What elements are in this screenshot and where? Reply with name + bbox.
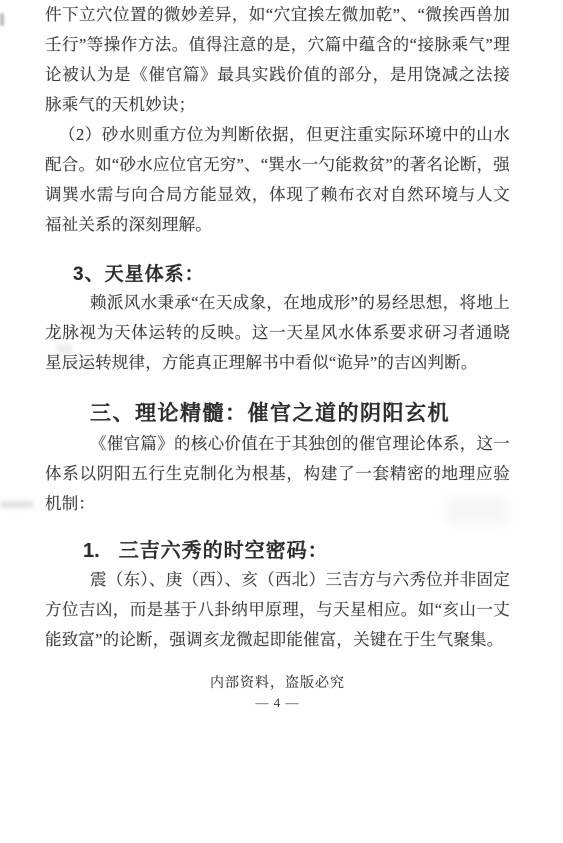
- paragraph-cuiguan-core-value: 《催官篇》的核心价值在于其独创的催官理论体系，这一体系以阴阳五行生克制化为根基，…: [45, 429, 510, 519]
- footer-page-number: — 4 —: [45, 694, 510, 712]
- paragraph-laipai-fengshui: 赖派风水秉承“在天成象，在地成形”的易经思想，将地上龙脉视为天体运转的反映。这一…: [45, 288, 510, 378]
- heading-number: 1.: [83, 538, 100, 565]
- heading-text: 三吉六秀的时空密码：: [119, 540, 329, 562]
- scan-artifact-edge-speck: [0, 13, 4, 26]
- paragraph-sha-shui: （2）砂水则重方位为判断依据，但更注重实际环境中的山水配合。如“砂水应位官无穷”…: [45, 120, 510, 240]
- paragraph-sanji-explanation: 震（东）、庚（西）、亥（西北）三吉方与六秀位并非固定方位吉凶，而是基于八卦纳甲原…: [45, 565, 510, 655]
- heading-section-three-theory-essence: 三、理论精髓：催官之道的阴阳玄机: [45, 399, 510, 429]
- heading-sanji-liuxiu: 1.三吉六秀的时空密码：: [45, 538, 510, 565]
- footer-confidential-notice: 内部资料，盗版必究: [45, 674, 510, 694]
- scanned-document-page: 件下立穴位置的微妙差异，如“穴宜挨左微加乾”、“微挨西兽加壬行”等操作方法。值得…: [0, 0, 563, 843]
- page-content: 件下立穴位置的微妙差异，如“穴宜挨左微加乾”、“微挨西兽加壬行”等操作方法。值得…: [45, 0, 510, 712]
- page-footer: 内部资料，盗版必究 — 4 —: [45, 674, 510, 712]
- paragraph-xue-position-continuation: 件下立穴位置的微妙差异，如“穴宜挨左微加乾”、“微挨西兽加壬行”等操作方法。值得…: [45, 0, 510, 120]
- heading-tianxing-system: 3、天星体系：: [45, 262, 510, 288]
- scan-artifact-left-smudge: [0, 501, 34, 508]
